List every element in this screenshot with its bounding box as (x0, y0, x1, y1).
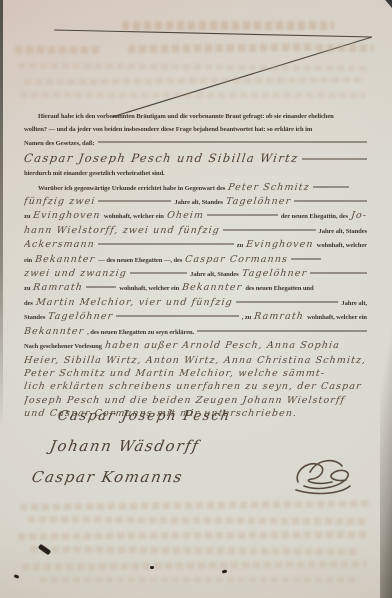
printed-text-segment: zu (237, 239, 243, 252)
handwritten-text-segment: zwei und zwanzig (24, 267, 128, 280)
handwritten-text-segment: Caspar Joseph Pesch und Sibilla Wirtz (24, 150, 300, 167)
handwritten-text-segment: Ramrath (253, 310, 305, 323)
printed-text-segment: wohnhaft, welcher ein (119, 282, 179, 295)
form-line: Bekannter, des neuen Ehegatten zu seyn e… (24, 325, 370, 339)
handwritten-text-segment: Jo- (350, 209, 368, 222)
handwritten-text-segment: Tagelöhner (241, 267, 308, 280)
fill-rule (86, 287, 116, 288)
form-line: Heier, Sibilla Wirtz, Anton Wirtz, Anna … (24, 354, 370, 367)
printed-text-segment: wollten? — und da jeder von beiden insbe… (24, 123, 312, 136)
fill-rule (98, 141, 368, 142)
ink-speck (38, 544, 52, 556)
fill-rule (197, 330, 367, 331)
printed-text-segment: — des neuen Ehegatten —, des (98, 254, 182, 267)
page-scan: Hierauf habe ich den vorbenannten Bräuti… (0, 0, 392, 598)
handwritten-text-segment: Tagelöhner (225, 195, 292, 208)
form-line: Worüber ich gegenwärtige Urkunde erricht… (24, 181, 370, 195)
fill-rule (207, 215, 278, 216)
bleedthrough-line (40, 577, 360, 583)
printed-form-body: Hierauf habe ich den vorbenannten Bräuti… (24, 110, 370, 421)
signature-groom: Caspar Joseph Pesch (57, 408, 233, 424)
handwritten-text-segment: Evinghoven (245, 238, 314, 251)
handwritten-text-segment: Ramrath (33, 281, 85, 294)
handwritten-text-segment: Ackersmann (24, 238, 96, 251)
printed-text-segment: wohnhaft, welcher ein (307, 311, 367, 324)
page-edge-right (380, 270, 392, 598)
handwritten-text-segment: Bekannter (34, 253, 96, 266)
printed-text-segment: zu (24, 210, 30, 223)
form-line: zuRamrathwohnhaft, welcher einBekannterd… (24, 281, 370, 295)
handwritten-text-segment: Joseph Pesch und die beiden Zeugen Johan… (24, 394, 346, 407)
handwritten-text-segment: lich erklärten schreibens unerfahren zu … (24, 380, 362, 393)
form-line: Nach geschehener Vorlesunghaben außer Ar… (24, 339, 370, 353)
printed-text-segment: Jahre alt, Standes (174, 196, 222, 209)
printed-text-segment: Jahre alt, Standes (190, 268, 238, 281)
form-line: Caspar Joseph Pesch und Sibilla Wirtz (24, 150, 370, 167)
form-line: lich erklärten schreibens unerfahren zu … (24, 380, 370, 393)
printed-text-segment: Namen des Gesetzes, daß: (24, 137, 95, 150)
form-line: Joseph Pesch und die beiden Zeugen Johan… (24, 394, 370, 407)
handwritten-text-segment: Bekannter (24, 325, 85, 338)
printed-text-segment: Standes (24, 311, 45, 324)
fill-rule (294, 201, 367, 202)
ink-speck (150, 566, 154, 569)
printed-text-segment: hierdurch mit einander gesetzlich verhei… (24, 167, 165, 180)
form-line: einBekannter— des neuen Ehegatten —, des… (24, 253, 370, 267)
fill-rule (116, 316, 238, 317)
form-line: hierdurch mit einander gesetzlich verhei… (24, 167, 370, 180)
printed-text-segment: Hierauf habe ich den vorbenannten Bräuti… (38, 110, 334, 123)
handwritten-text-segment: Peter Schmitz (227, 181, 310, 194)
fill-rule (130, 273, 187, 274)
printed-text-segment: , zu (242, 311, 252, 324)
printed-text-segment: der neuen Ehegattin, des (281, 210, 348, 223)
form-line: Namen des Gesetzes, daß: (24, 137, 370, 150)
form-line: wollten? — und da jeder von beiden insbe… (24, 123, 370, 136)
printed-text-segment: des (24, 297, 33, 310)
printed-text-segment: ein (24, 254, 32, 267)
printed-text-segment: Nach geschehener Vorlesung (24, 340, 102, 353)
fill-rule (98, 201, 171, 202)
fill-rule (98, 244, 234, 245)
signature-witness-1: Johann Wäsdorff (48, 437, 201, 455)
handwritten-text-segment: Evinghoven (33, 209, 102, 222)
fill-rule (310, 273, 367, 274)
ink-speck (222, 569, 228, 573)
handwritten-text-segment: Tagelöhner (47, 310, 114, 323)
form-line: zwei und zwanzigJahre alt, StandesTagelö… (24, 267, 370, 281)
handwritten-text-segment: Caspar Cormanns (185, 253, 290, 266)
printed-text-segment: Jahre alt, (341, 297, 367, 310)
handwritten-text-segment: Bekannter (181, 281, 243, 294)
bleedthrough-line (18, 531, 368, 540)
fill-rule (291, 258, 321, 259)
printed-text-segment: Worüber ich gegenwärtige Urkunde erricht… (38, 182, 225, 195)
form-line: StandesTagelöhner, zuRamrathwohnhaft, we… (24, 310, 370, 324)
printed-text-segment: , des neuen Ehegatten zu seyn erklären. (87, 326, 194, 339)
form-line: desMartin Melchior, vier und fünfzigJahr… (24, 296, 370, 310)
handwritten-text-segment: Heier, Sibilla Wirtz, Anton Wirtz, Anna … (24, 354, 367, 367)
signature-witness-2: Caspar Komanns (30, 468, 184, 486)
form-line: AckersmannzuEvinghovenwohnhaft, welcher (24, 238, 370, 252)
form-line: Hierauf habe ich den vorbenannten Bräuti… (24, 110, 370, 123)
handwritten-text-segment: Martin Melchior, vier und fünfzig (35, 296, 233, 309)
printed-text-segment: wohnhaft, welcher ein (104, 210, 164, 223)
printed-text-segment: des neuen Ehegatten und (245, 282, 313, 295)
form-line: hann Wielstorff, zwei und fünfzigJahre a… (24, 224, 370, 238)
fill-rule (223, 229, 316, 230)
handwritten-text-segment: Peter Schmitz und Martin Melchior, welch… (24, 367, 326, 380)
printed-text-segment: wohnhaft, welcher (317, 239, 367, 252)
printed-text-segment: zu (24, 282, 30, 295)
fill-rule (302, 159, 367, 160)
form-line: Peter Schmitz und Martin Melchior, welch… (24, 367, 370, 380)
fill-rule (236, 301, 339, 302)
handwritten-text-segment: haben außer Arnold Pesch, Anna Sophia (104, 339, 341, 352)
registrar-paraph-icon (292, 452, 354, 503)
form-line: zuEvinghovenwohnhaft, welcher einOheimde… (24, 209, 370, 223)
bleedthrough-line (22, 560, 367, 570)
fill-rule (313, 186, 349, 187)
printed-text-segment: Jahre alt, Standes (319, 225, 367, 238)
bleedthrough-line (28, 516, 368, 525)
ink-speck (14, 574, 20, 579)
handwritten-text-segment: Oheim (166, 209, 205, 222)
bleedthrough-line (30, 546, 360, 556)
handwritten-text-segment: fünfzig zwei (24, 195, 96, 208)
form-line: fünfzig zweiJahre alt, StandesTagelöhner (24, 195, 370, 209)
handwritten-text-segment: hann Wielstorff, zwei und fünfzig (24, 224, 221, 237)
